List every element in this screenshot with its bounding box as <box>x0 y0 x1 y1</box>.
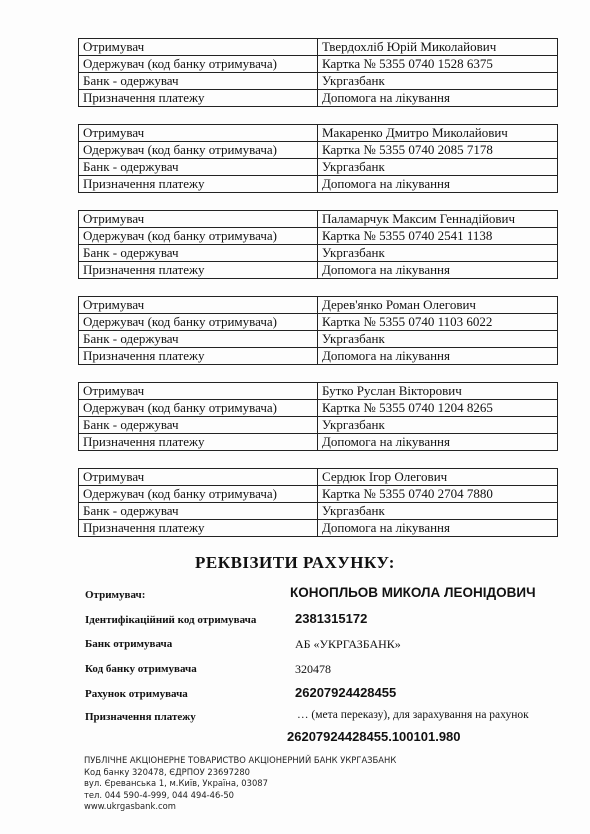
recipient-name: Бутко Руслан Вікторович <box>318 383 558 400</box>
bank-name: Укргазбанк <box>318 417 558 434</box>
recipient-table: Отримувач Макаренко Дмитро Миколайович О… <box>78 124 558 193</box>
table-row: Банк - одержувач Укргазбанк <box>79 245 558 262</box>
card-number: Картка № 5355 0740 2085 7178 <box>318 142 558 159</box>
table-row: Банк - одержувач Укргазбанк <box>79 417 558 434</box>
req-bank-code-value: 320478 <box>295 662 331 677</box>
purpose-value: Допомога на лікування <box>318 520 558 537</box>
footer-address: вул. Єреванська 1, м.Київ, Україна, 0308… <box>84 778 396 790</box>
recipients-tables: Отримувач Твердохліб Юрій Миколайович Од… <box>78 38 558 554</box>
recipient-table: Отримувач Твердохліб Юрій Миколайович Од… <box>78 38 558 107</box>
req-recipient-value: КОНОПЛЬОВ МИКОЛА ЛЕОНІДОВИЧ <box>290 585 536 600</box>
recipient-table: Отримувач Сердюк Ігор Олегович Одержувач… <box>78 468 558 537</box>
purpose-label: Призначення платежу <box>79 176 318 193</box>
table-row: Одержувач (код банку отримувача) Картка … <box>79 400 558 417</box>
bank-label: Банк - одержувач <box>79 417 318 434</box>
card-number: Картка № 5355 0740 2541 1138 <box>318 228 558 245</box>
purpose-value: Допомога на лікування <box>318 262 558 279</box>
requisites-title: РЕКВІЗИТИ РАХУНКУ: <box>0 553 590 573</box>
footer-bank-name: ПУБЛІЧНЕ АКЦІОНЕРНЕ ТОВАРИСТВО АКЦІОНЕРН… <box>84 755 396 767</box>
recipient-name: Дерев'янко Роман Олегович <box>318 297 558 314</box>
table-row: Одержувач (код банку отримувача) Картка … <box>79 228 558 245</box>
purpose-value: Допомога на лікування <box>318 434 558 451</box>
purpose-value: Допомога на лікування <box>318 348 558 365</box>
bank-name: Укргазбанк <box>318 503 558 520</box>
table-row: Отримувач Сердюк Ігор Олегович <box>79 469 558 486</box>
req-purpose-account: 26207924428455.100101.980 <box>287 729 461 744</box>
payee-bank-code-label: Одержувач (код банку отримувача) <box>79 486 318 503</box>
payee-bank-code-label: Одержувач (код банку отримувача) <box>79 142 318 159</box>
req-recipient-label: Отримувач: <box>85 589 145 601</box>
table-row: Призначення платежу Допомога на лікуванн… <box>79 434 558 451</box>
table-row: Отримувач Макаренко Дмитро Миколайович <box>79 125 558 142</box>
table-row: Призначення платежу Допомога на лікуванн… <box>79 176 558 193</box>
purpose-label: Призначення платежу <box>79 90 318 107</box>
recipient-name: Сердюк Ігор Олегович <box>318 469 558 486</box>
req-bank-code-label: Код банку отримувача <box>85 663 197 675</box>
table-row: Одержувач (код банку отримувача) Картка … <box>79 56 558 73</box>
table-row: Отримувач Паламарчук Максим Геннадійович <box>79 211 558 228</box>
recipient-name: Макаренко Дмитро Миколайович <box>318 125 558 142</box>
req-bank-label: Банк отримувача <box>85 638 172 650</box>
table-row: Отримувач Бутко Руслан Вікторович <box>79 383 558 400</box>
req-bank-value: АБ «УКРГАЗБАНК» <box>295 637 401 652</box>
recipient-label: Отримувач <box>79 297 318 314</box>
recipient-label: Отримувач <box>79 383 318 400</box>
card-number: Картка № 5355 0740 2704 7880 <box>318 486 558 503</box>
payee-bank-code-label: Одержувач (код банку отримувача) <box>79 56 318 73</box>
recipient-label: Отримувач <box>79 39 318 56</box>
purpose-label: Призначення платежу <box>79 262 318 279</box>
recipient-table: Отримувач Паламарчук Максим Геннадійович… <box>78 210 558 279</box>
payee-bank-code-label: Одержувач (код банку отримувача) <box>79 228 318 245</box>
purpose-label: Призначення платежу <box>79 520 318 537</box>
table-row: Призначення платежу Допомога на лікуванн… <box>79 262 558 279</box>
req-purpose-value: … (мета переказу), для зарахування на ра… <box>297 709 529 721</box>
req-id-code-label: Ідентифікаційний код отримувача <box>85 614 256 626</box>
table-row: Банк - одержувач Укргазбанк <box>79 73 558 90</box>
req-account-label: Рахунок отримувача <box>85 688 188 700</box>
purpose-value: Допомога на лікування <box>318 176 558 193</box>
recipient-table: Отримувач Дерев'янко Роман Олегович Одер… <box>78 296 558 365</box>
card-number: Картка № 5355 0740 1103 6022 <box>318 314 558 331</box>
req-id-code-value: 2381315172 <box>295 611 367 626</box>
recipient-label: Отримувач <box>79 125 318 142</box>
req-purpose-label: Призначення платежу <box>85 711 196 723</box>
recipient-table: Отримувач Бутко Руслан Вікторович Одержу… <box>78 382 558 451</box>
footer-bank-codes: Код банку 320478, ЄДРПОУ 23697280 <box>84 767 396 779</box>
purpose-label: Призначення платежу <box>79 434 318 451</box>
bank-name: Укргазбанк <box>318 331 558 348</box>
card-number: Картка № 5355 0740 1528 6375 <box>318 56 558 73</box>
bank-label: Банк - одержувач <box>79 159 318 176</box>
card-number: Картка № 5355 0740 1204 8265 <box>318 400 558 417</box>
table-row: Одержувач (код банку отримувача) Картка … <box>79 314 558 331</box>
bank-name: Укргазбанк <box>318 159 558 176</box>
bank-label: Банк - одержувач <box>79 503 318 520</box>
table-row: Банк - одержувач Укргазбанк <box>79 503 558 520</box>
payee-bank-code-label: Одержувач (код банку отримувача) <box>79 314 318 331</box>
purpose-label: Призначення платежу <box>79 348 318 365</box>
table-row: Призначення платежу Допомога на лікуванн… <box>79 520 558 537</box>
table-row: Призначення платежу Допомога на лікуванн… <box>79 348 558 365</box>
payee-bank-code-label: Одержувач (код банку отримувача) <box>79 400 318 417</box>
bank-name: Укргазбанк <box>318 245 558 262</box>
table-row: Банк - одержувач Укргазбанк <box>79 159 558 176</box>
table-row: Призначення платежу Допомога на лікуванн… <box>79 90 558 107</box>
bank-label: Банк - одержувач <box>79 245 318 262</box>
table-row: Отримувач Дерев'янко Роман Олегович <box>79 297 558 314</box>
recipient-label: Отримувач <box>79 469 318 486</box>
recipient-name: Твердохліб Юрій Миколайович <box>318 39 558 56</box>
table-row: Одержувач (код банку отримувача) Картка … <box>79 486 558 503</box>
req-account-value: 26207924428455 <box>295 685 396 700</box>
table-row: Банк - одержувач Укргазбанк <box>79 331 558 348</box>
bank-footer: ПУБЛІЧНЕ АКЦІОНЕРНЕ ТОВАРИСТВО АКЦІОНЕРН… <box>84 755 396 813</box>
bank-label: Банк - одержувач <box>79 331 318 348</box>
bank-label: Банк - одержувач <box>79 73 318 90</box>
document-page: Отримувач Твердохліб Юрій Миколайович Од… <box>0 0 590 834</box>
footer-website[interactable]: www.ukrgasbank.com <box>84 801 396 813</box>
recipient-name: Паламарчук Максим Геннадійович <box>318 211 558 228</box>
purpose-value: Допомога на лікування <box>318 90 558 107</box>
recipient-label: Отримувач <box>79 211 318 228</box>
bank-name: Укргазбанк <box>318 73 558 90</box>
table-row: Отримувач Твердохліб Юрій Миколайович <box>79 39 558 56</box>
footer-phone: тел. 044 590-4-999, 044 494-46-50 <box>84 790 396 802</box>
table-row: Одержувач (код банку отримувача) Картка … <box>79 142 558 159</box>
